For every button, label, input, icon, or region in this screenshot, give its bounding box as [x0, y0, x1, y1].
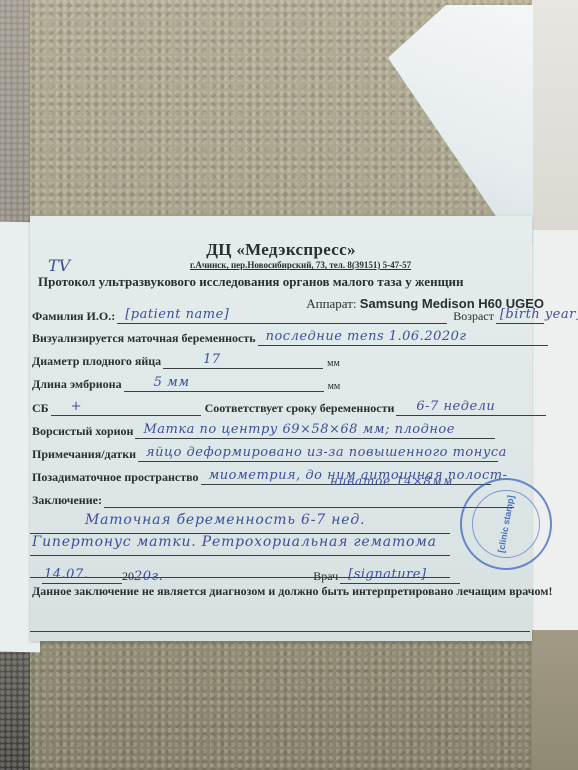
gestational-age-field: 6-7 недели	[396, 400, 546, 416]
gestational-age-value: 6-7 недели	[416, 399, 495, 414]
year-prefix: 20	[122, 569, 134, 584]
footer-line	[30, 614, 530, 632]
notes-label: Примечания/датки	[32, 447, 136, 462]
stamp-text: [clinic stamp]	[496, 495, 516, 554]
ovum-diameter-row: Диаметр плодного яйца 17 мм	[32, 353, 340, 369]
patient-name-row: Фамилия И.О.: [patient name] Возраст [bi…	[32, 308, 544, 324]
ultrasound-report: TV ДЦ «Медэкспресс» г.Ачинск, пер.Новоси…	[30, 216, 532, 641]
report-title: Протокол ультразвукового исследования ор…	[38, 274, 464, 290]
retro-space-continuation: ниватое 14×8мм	[330, 474, 453, 488]
doctor-signature: [signature]	[348, 567, 426, 582]
patient-name-value: [patient name]	[125, 307, 229, 322]
heartbeat-value: +	[71, 399, 82, 414]
notes-row: Примечания/датки яйцо деформировано из-з…	[32, 446, 498, 462]
patient-name-label: Фамилия И.О.:	[32, 309, 115, 324]
embryo-length-label: Длина эмбриона	[32, 377, 122, 392]
embryo-length-field: 5 мм	[124, 376, 324, 392]
clinic-stamp: [clinic stamp]	[460, 478, 552, 570]
embryo-length-row: Длина эмбриона 5 мм мм	[32, 376, 340, 392]
age-value: [birth year]	[500, 307, 578, 322]
date-field: 14.07.	[42, 568, 122, 584]
ovum-diameter-label: Диаметр плодного яйца	[32, 354, 161, 369]
conclusion-text-2: Гипертонус матки. Ретрохориальная гемато…	[32, 534, 437, 550]
year-value: 20г.	[134, 569, 163, 584]
date-value: 14.07.	[44, 567, 88, 582]
conclusion-row: Заключение:	[32, 492, 514, 508]
conclusion-text-1: Маточная беременность 6-7 нед.	[85, 512, 365, 528]
age-label: Возраст	[453, 309, 494, 324]
chorion-label: Ворсистый хорион	[32, 424, 133, 439]
heartbeat-label: СБ	[32, 401, 49, 416]
embryo-length-unit: мм	[328, 381, 341, 392]
ovum-diameter-field: 17	[163, 353, 323, 369]
embryo-length-value: 5 мм	[154, 375, 190, 390]
heartbeat-field: +	[51, 400, 201, 416]
clinic-address: г.Ачинск, пер.Новосибирский, 73, тел. 8(…	[190, 260, 411, 270]
chorion-value: Матка по центру 69×58×68 мм; плодное	[143, 422, 454, 437]
gestational-age-label: Соответствует сроку беременности	[205, 401, 395, 416]
visualized-label: Визуализируется маточная беременность	[32, 331, 256, 346]
visualized-field: последние mens 1.06.2020г	[258, 330, 548, 346]
ovum-diameter-unit: мм	[327, 358, 340, 369]
age-field: [birth year]	[496, 308, 544, 324]
notes-field: яйцо деформировано из-за повышенного тон…	[138, 446, 498, 462]
retro-space-label: Позадиматочное пространство	[32, 470, 199, 485]
patient-name-field: [patient name]	[117, 308, 447, 324]
heartbeat-row: СБ + Соответствует сроку беременности 6-…	[32, 400, 546, 416]
chorion-field: Матка по центру 69×58×68 мм; плодное	[135, 423, 495, 439]
conclusion-label: Заключение:	[32, 493, 102, 508]
date-doctor-row: 14.07. 20 20г. Врач [signature]	[32, 568, 460, 584]
ovum-diameter-value: 17	[203, 352, 221, 367]
doctor-label: Врач	[313, 569, 338, 584]
notes-value: яйцо деформировано из-за повышенного тон…	[146, 445, 507, 460]
chorion-row: Ворсистый хорион Матка по центру 69×58×6…	[32, 423, 495, 439]
conclusion-line	[104, 492, 514, 508]
disclaimer: Данное заключение не является диагнозом …	[32, 584, 552, 599]
visualized-row: Визуализируется маточная беременность по…	[32, 330, 548, 346]
clinic-name: ДЦ «Медэкспресс»	[30, 240, 532, 260]
doctor-signature-field: [signature]	[340, 568, 460, 584]
underlying-page-right	[532, 230, 578, 630]
visualized-value: последние mens 1.06.2020г	[266, 329, 467, 344]
